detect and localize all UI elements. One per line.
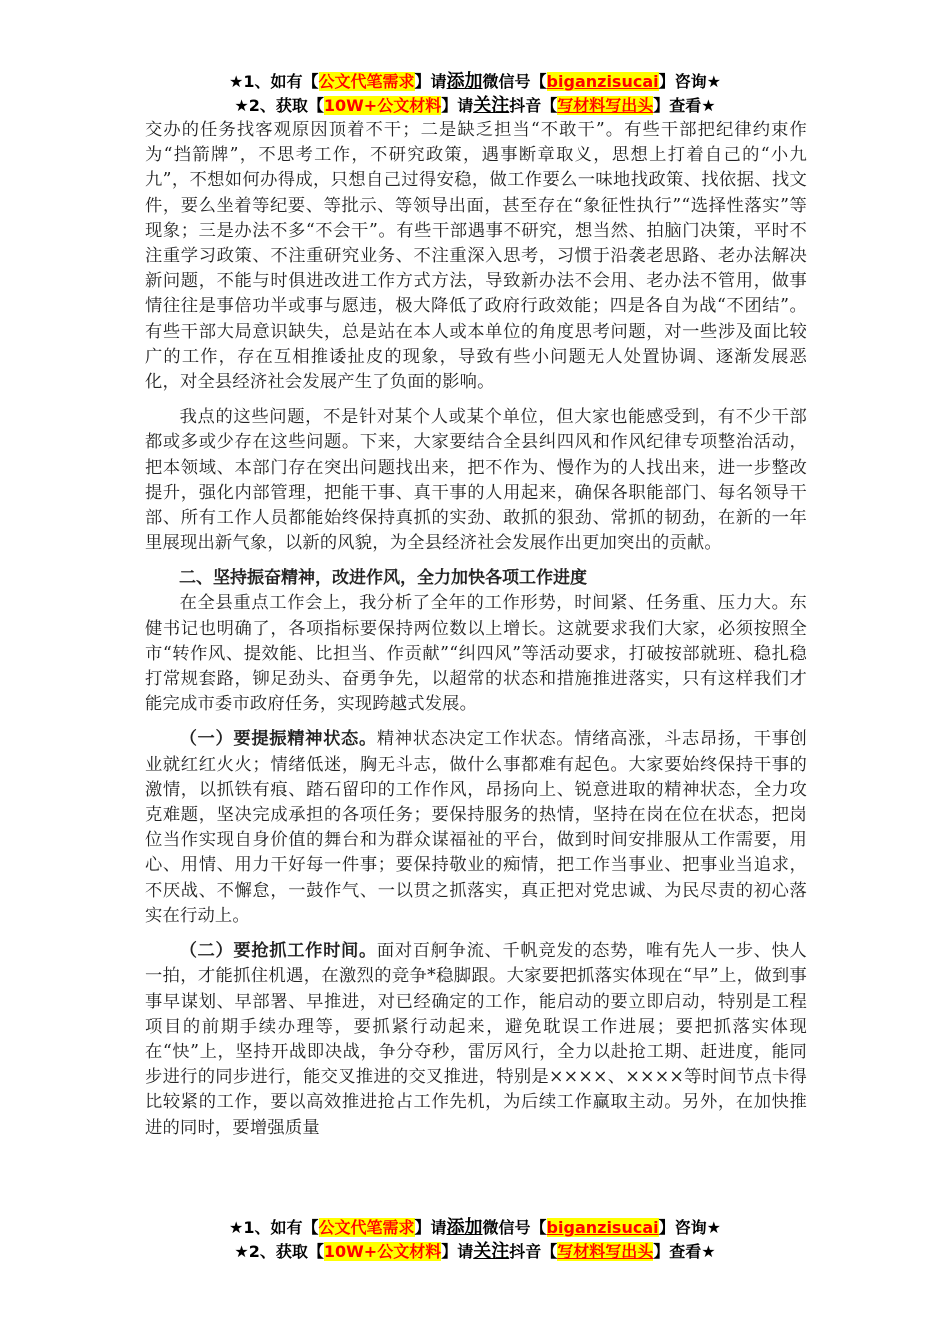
banner-line-1: ★1、如有【公文代笔需求】请添加微信号【biganzisucai】咨询★ bbox=[0, 1216, 950, 1240]
subsection-1-text: 精神状态决定工作状态。情绪高涨，斗志昂扬，干事创业就红红火火；情绪低迷，胸无斗志… bbox=[145, 729, 807, 925]
banner-text: 】咨询★ bbox=[659, 1218, 721, 1237]
banner-text: 】请 bbox=[441, 1242, 473, 1261]
subsection-2-text: 面对百舸争流、千帆竞发的态势，唯有先人一步、快人一拍，才能抓住机遇，在激烈的竞争… bbox=[145, 941, 807, 1137]
banner-text: 微信号【 bbox=[483, 1218, 547, 1237]
banner-text: 微信号【 bbox=[483, 72, 547, 91]
banner-text: 抖音【 bbox=[509, 96, 557, 115]
underlined-follow: 关注 bbox=[473, 95, 509, 116]
banner-text: 】请 bbox=[441, 96, 473, 115]
banner-text: ★2、获取【 bbox=[234, 96, 323, 115]
paragraph-3: 在全县重点工作会上，我分析了全年的工作形势，时间紧、任务重、压力大。东健书记也明… bbox=[145, 591, 807, 717]
subsection-2: （二）要抢抓工作时间。面对百舸争流、千帆竞发的态势，唯有先人一步、快人一拍，才能… bbox=[145, 939, 807, 1141]
subsection-2-lead: （二）要抢抓工作时间。 bbox=[180, 941, 377, 961]
douyin-account[interactable]: 写材料写出头 bbox=[557, 96, 653, 115]
banner-text: 】咨询★ bbox=[659, 72, 721, 91]
wechat-id[interactable]: biganzisucai bbox=[547, 72, 659, 91]
banner-text: 】请 bbox=[415, 72, 447, 91]
highlight-service: 公文代笔需求 bbox=[319, 1218, 415, 1237]
subsection-1-lead: （一）要提振精神状态。 bbox=[180, 729, 377, 749]
douyin-account[interactable]: 写材料写出头 bbox=[557, 1242, 653, 1261]
banner-line-1: ★1、如有【公文代笔需求】请添加微信号【biganzisucai】咨询★ bbox=[0, 70, 950, 94]
banner-text: 】查看★ bbox=[653, 96, 715, 115]
promo-banner-bottom: ★1、如有【公文代笔需求】请添加微信号【biganzisucai】咨询★ ★2、… bbox=[0, 1216, 950, 1264]
underlined-add: 添加 bbox=[447, 1217, 483, 1238]
underlined-follow: 关注 bbox=[473, 1241, 509, 1262]
subsection-1: （一）要提振精神状态。精神状态决定工作状态。情绪高涨，斗志昂扬，干事创业就红红火… bbox=[145, 727, 807, 929]
paragraph-2: 我点的这些问题，不是针对某个人或某个单位，但大家也能感受到，有不少干部都或多或少… bbox=[145, 405, 807, 556]
banner-text: 抖音【 bbox=[509, 1242, 557, 1261]
highlight-service: 公文代笔需求 bbox=[319, 72, 415, 91]
section-heading-2: 二、坚持振奋精神，改进作风，全力加快各项工作进度 bbox=[145, 566, 807, 591]
highlight-materials: 10W+公文材料 bbox=[324, 96, 441, 115]
banner-text: ★1、如有【 bbox=[229, 1218, 318, 1237]
paragraph-1: 交办的任务找客观原因顶着不干；二是缺乏担当“不敢干”。有些干部把纪律约束作为“挡… bbox=[145, 118, 807, 395]
banner-text: 】查看★ bbox=[653, 1242, 715, 1261]
banner-text: ★1、如有【 bbox=[229, 72, 318, 91]
banner-text: ★2、获取【 bbox=[234, 1242, 323, 1261]
highlight-materials: 10W+公文材料 bbox=[324, 1242, 441, 1261]
banner-text: 】请 bbox=[415, 1218, 447, 1237]
document-body: 交办的任务找客观原因顶着不干；二是缺乏担当“不敢干”。有些干部把纪律约束作为“挡… bbox=[145, 118, 807, 1141]
wechat-id[interactable]: biganzisucai bbox=[547, 1218, 659, 1237]
banner-line-2: ★2、获取【10W+公文材料】请关注抖音【写材料写出头】查看★ bbox=[0, 1240, 950, 1264]
banner-line-2: ★2、获取【10W+公文材料】请关注抖音【写材料写出头】查看★ bbox=[0, 94, 950, 118]
underlined-add: 添加 bbox=[447, 71, 483, 92]
promo-banner-top: ★1、如有【公文代笔需求】请添加微信号【biganzisucai】咨询★ ★2、… bbox=[0, 70, 950, 118]
